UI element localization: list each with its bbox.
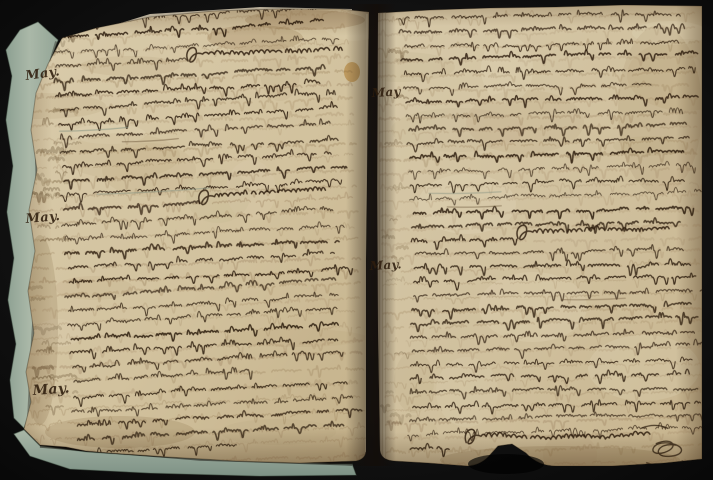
margin-note-month: May. [24,209,61,227]
margin-note-month: May [370,84,401,100]
gutter-crease [346,4,378,466]
corner-shadow [468,454,544,474]
gutter-crease [378,4,396,466]
manuscript-scan: May. May. May. May May. [0,0,713,480]
margin-note-month: May. [31,380,70,399]
manuscript-photo: May. May. May. May May. [0,0,713,480]
edge-shade [676,0,704,466]
margin-note-month: May. [368,257,402,273]
